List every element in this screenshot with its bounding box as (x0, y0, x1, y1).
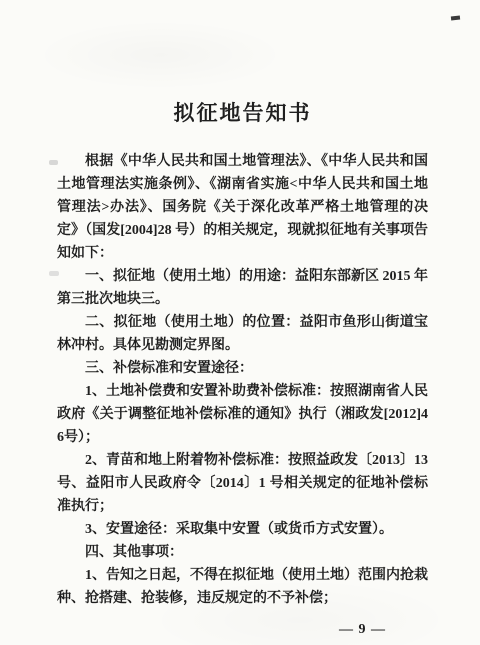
paragraph-item-3-1-land-compensation: 1、土地补偿费和安置补助费补偿标准：按照湖南省人民政府《关于调整征地补偿标准的通… (57, 380, 428, 449)
page-title: 拟征地告知书 (57, 100, 428, 126)
document-body: 根据《中华人民共和国土地管理法》、《中华人民共和国土地管理法实施条例》、《湖南省… (57, 150, 428, 610)
paragraph-item-3-3-resettlement: 3、安置途径：采取集中安置（或货币方式安置）。 (57, 518, 428, 541)
paragraph-item-4-1-prohibition: 1、告知之日起，不得在拟征地（使用土地）范围内抢栽种、抢搭建、抢装修，违反规定的… (57, 564, 428, 610)
document-page: 拟征地告知书 根据《中华人民共和国土地管理法》、《中华人民共和国土地管理法实施条… (0, 0, 480, 645)
paragraph-legal-basis: 根据《中华人民共和国土地管理法》、《中华人民共和国土地管理法实施条例》、《湖南省… (57, 150, 428, 265)
page-number: — 9 — (57, 622, 428, 638)
paragraph-item-3-heading: 三、补偿标准和安置途径： (57, 357, 428, 380)
paragraph-item-2-location: 二、拟征地（使用土地）的位置：益阳市鱼形山街道宝林冲村。具体见勘测定界图。 (57, 311, 428, 357)
scan-artifact-mark (451, 16, 460, 21)
paragraph-item-1-purpose: 一、拟征地（使用土地）的用途：益阳东部新区 2015 年第三批次地块三。 (57, 265, 428, 311)
paragraph-item-4-heading: 四、其他事项： (57, 541, 428, 564)
paragraph-item-3-2-crops-attachments: 2、青苗和地上附着物补偿标准：按照益政发〔2013〕13号、益阳市人民政府令〔2… (57, 449, 428, 518)
